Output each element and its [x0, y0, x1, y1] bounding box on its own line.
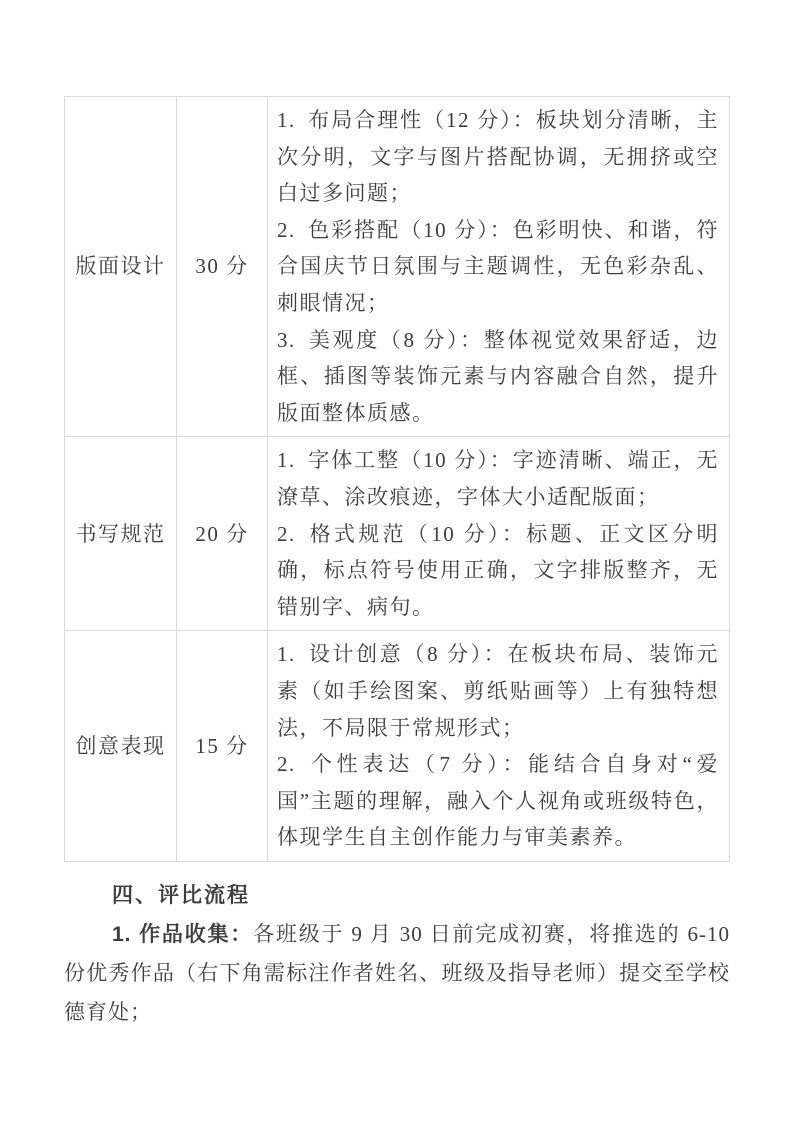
criteria-details-cell: 1. 字体工整（10 分）：字迹清晰、端正，无潦草、涂改痕迹，字体大小适配版面；…	[268, 437, 730, 631]
criteria-details-cell: 1. 布局合理性（12 分）：板块划分清晰，主次分明，文字与图片搭配协调，无拥挤…	[268, 97, 730, 437]
evaluation-criteria-table: 版面设计 30 分 1. 布局合理性（12 分）：板块划分清晰，主次分明，文字与…	[64, 96, 730, 862]
paragraph-work-collection: 1. 作品收集：各班级于 9 月 30 日前完成初赛，将推选的 6-10 份优秀…	[64, 915, 730, 1032]
criteria-score-cell: 15 分	[177, 631, 268, 862]
criteria-item: 1. 布局合理性（12 分）：板块划分清晰，主次分明，文字与图片搭配协调，无拥挤…	[277, 102, 719, 212]
criteria-details-cell: 1. 设计创意（8 分）：在板块布局、装饰元素（如手绘图案、剪纸贴画等）上有独特…	[268, 631, 730, 862]
criteria-category-cell: 创意表现	[65, 631, 177, 862]
criteria-item: 2. 色彩搭配（10 分）：色彩明快、和谐，符合国庆节日氛围与主题调性，无色彩杂…	[277, 212, 719, 322]
criteria-item: 1. 设计创意（8 分）：在板块布局、装饰元素（如手绘图案、剪纸贴画等）上有独特…	[277, 636, 719, 746]
table-row-layout-design: 版面设计 30 分 1. 布局合理性（12 分）：板块划分清晰，主次分明，文字与…	[65, 97, 730, 437]
criteria-score-cell: 20 分	[177, 437, 268, 631]
table-row-creative-expression: 创意表现 15 分 1. 设计创意（8 分）：在板块布局、装饰元素（如手绘图案、…	[65, 631, 730, 862]
criteria-item: 2. 个性表达（7 分）：能结合自身对“爱国”主题的理解，融入个人视角或班级特色…	[277, 746, 719, 856]
criteria-item: 2. 格式规范（10 分）：标题、正文区分明确，标点符号使用正确，文字排版整齐，…	[277, 516, 719, 626]
criteria-item: 1. 字体工整（10 分）：字迹清晰、端正，无潦草、涂改痕迹，字体大小适配版面；	[277, 442, 719, 515]
criteria-item: 3. 美观度（8 分）：整体视觉效果舒适，边框、插图等装饰元素与内容融合自然，提…	[277, 322, 719, 432]
criteria-category-cell: 版面设计	[65, 97, 177, 437]
criteria-category-cell: 书写规范	[65, 437, 177, 631]
paragraph-lead-bold: 1. 作品收集：	[112, 923, 253, 946]
document-page: 版面设计 30 分 1. 布局合理性（12 分）：板块划分清晰，主次分明，文字与…	[0, 0, 793, 1122]
criteria-score-cell: 30 分	[177, 97, 268, 437]
table-row-writing-standard: 书写规范 20 分 1. 字体工整（10 分）：字迹清晰、端正，无潦草、涂改痕迹…	[65, 437, 730, 631]
section-heading: 四、评比流程	[64, 876, 730, 915]
